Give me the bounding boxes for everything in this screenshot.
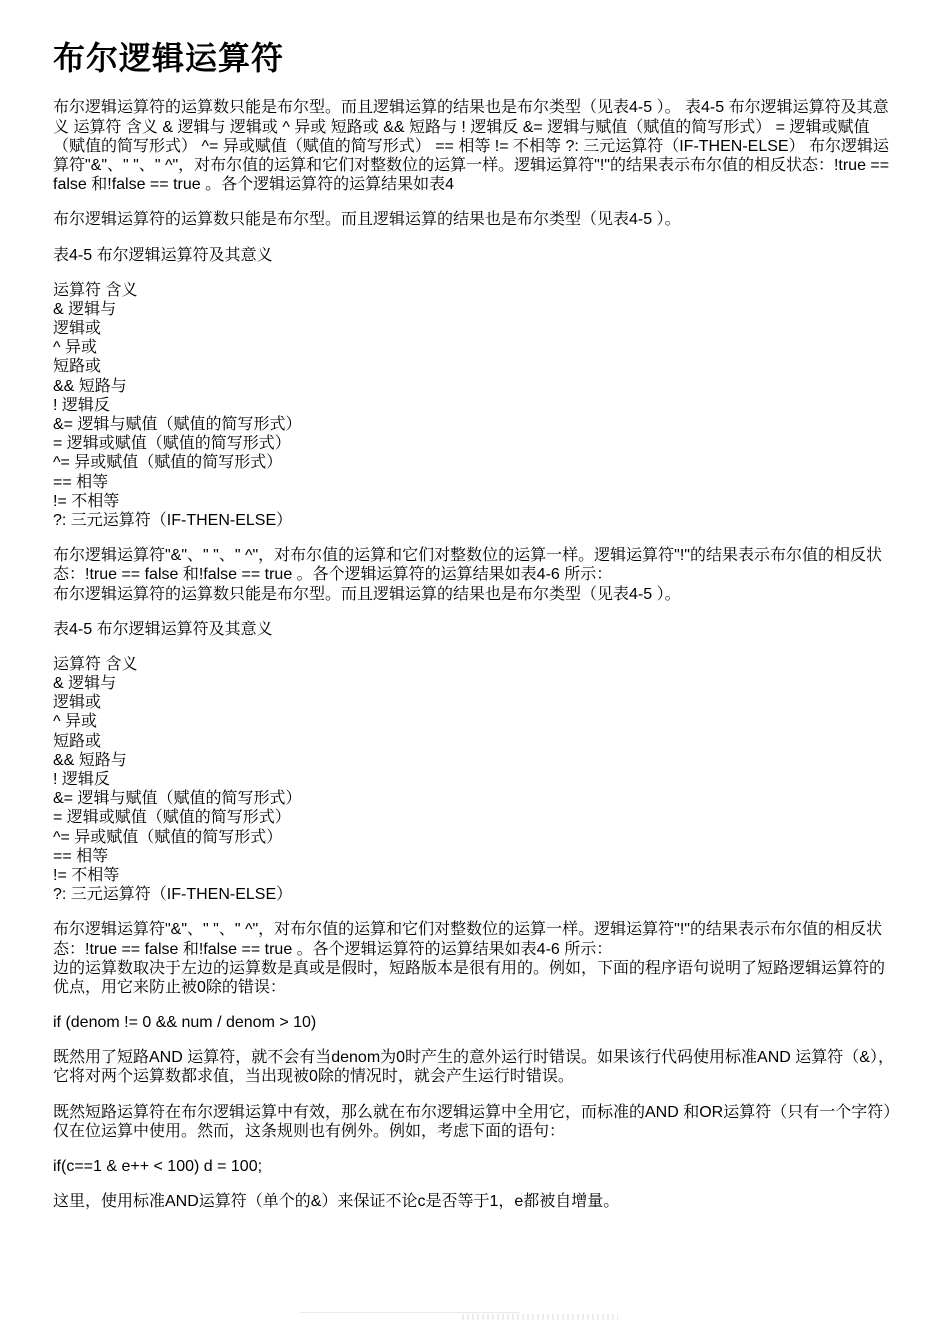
table-caption-2: 表4-5 布尔逻辑运算符及其意义 (53, 620, 897, 639)
operator-list-2: 运算符 含义 & 逻辑与 逻辑或 ^ 异或 短路或 && 短路与 ! 逻辑反 &… (53, 655, 897, 904)
intro-snippet-paragraph: 布尔逻辑运算符的运算数只能是布尔型。而且逻辑运算的结果也是布尔类型（见表4-5 … (53, 98, 897, 194)
denom-paragraph: 既然用了短路AND 运算符，就不会有当denom为0时产生的意外运行时错误。如果… (53, 1048, 897, 1086)
document-page: 布尔逻辑运算符 布尔逻辑运算符的运算数只能是布尔型。而且逻辑运算的结果也是布尔类… (0, 0, 950, 1320)
type-note-paragraph: 布尔逻辑运算符的运算数只能是布尔型。而且逻辑运算的结果也是布尔类型（见表4-5 … (53, 210, 897, 229)
page-title: 布尔逻辑运算符 (53, 39, 897, 77)
code-short-circuit-example: if (denom != 0 && num / denom > 10) (53, 1013, 897, 1032)
operator-list-1: 运算符 含义 & 逻辑与 逻辑或 ^ 异或 短路或 && 短路与 ! 逻辑反 &… (53, 281, 897, 530)
closing-paragraph: 这里，使用标准AND运算符（单个的&）来保证不论c是否等于1，e都被自增量。 (53, 1192, 897, 1211)
rule-paragraph: 既然短路运算符在布尔逻辑运算中有效，那么就在布尔逻辑运算中全用它，而标准的AND… (53, 1103, 897, 1141)
code-standard-and-example: if(c==1 & e++ < 100) d = 100; (53, 1157, 897, 1176)
footer-rule-fragment (300, 1312, 520, 1313)
operators-explanation-1: 布尔逻辑运算符"&"、" "、" ^"，对布尔值的运算和它们对整数位的运算一样。… (53, 546, 897, 604)
table-caption-1: 表4-5 布尔逻辑运算符及其意义 (53, 246, 897, 265)
clipped-bottom-fragment (462, 1314, 618, 1320)
operators-explanation-2: 布尔逻辑运算符"&"、" "、" ^"，对布尔值的运算和它们对整数位的运算一样。… (53, 920, 897, 997)
